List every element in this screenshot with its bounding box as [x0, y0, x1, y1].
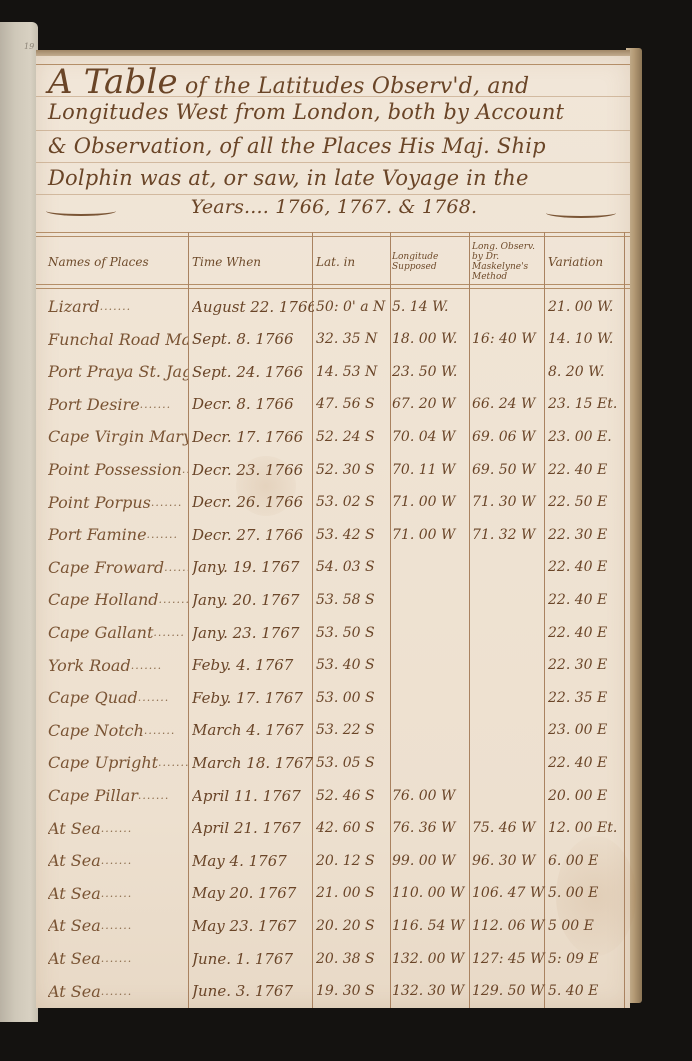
page-title: A Table of the Latitudes Observ'd, and L…: [36, 56, 630, 231]
place-name: Point Possession.......: [48, 453, 188, 486]
latitude-cell: 53. 00 S: [316, 681, 390, 714]
table-row: York Road....... Feby. 4. 1767 53. 40 S …: [36, 649, 630, 682]
longitude-supposed-cell: 67. 20 W: [392, 388, 470, 421]
longitude-observed-cell: [472, 551, 546, 584]
latitude-cell: 21. 00 S: [316, 877, 390, 910]
table-row: Lizard....... August 22. 1766 50: 0' a N…: [36, 290, 630, 323]
table-row: Cape Froward....... Jany. 19. 1767 54. 0…: [36, 551, 630, 584]
date-cell: April 11. 1767: [192, 779, 314, 812]
date-cell: June. 3. 1767: [192, 975, 314, 1008]
date-cell: Feby. 4. 1767: [192, 649, 314, 682]
date-cell: March 18. 1767: [192, 746, 314, 779]
latitude-cell: 20. 20 S: [316, 909, 390, 942]
longitude-observed-cell: 106. 47 W: [472, 877, 546, 910]
longitude-supposed-cell: 70. 04 W: [392, 420, 470, 453]
date-cell: Decr. 26. 1766: [192, 486, 314, 519]
variation-cell: 12. 00 Et.: [548, 812, 628, 845]
date-cell: Jany. 23. 1767: [192, 616, 314, 649]
column-header-latitude: Lat. in: [316, 238, 390, 286]
date-cell: June. 1. 1767: [192, 942, 314, 975]
place-name: Port Desire.......: [48, 388, 188, 421]
longitude-observed-cell: 66. 24 W: [472, 388, 546, 421]
column-header-time: Time When: [192, 238, 314, 286]
table-row: Port Famine....... Decr. 27. 1766 53. 42…: [36, 518, 630, 551]
table-row: Cape Virgin Mary....... Decr. 17. 1766 5…: [36, 420, 630, 453]
latitude-cell: 53. 42 S: [316, 518, 390, 551]
place-name: Cape Holland.......: [48, 583, 188, 616]
date-cell: May 4. 1767: [192, 844, 314, 877]
table-row: Cape Holland....... Jany. 20. 1767 53. 5…: [36, 583, 630, 616]
longitude-observed-cell: [472, 681, 546, 714]
place-name: Cape Froward.......: [48, 551, 188, 584]
title-line-1: A Table of the Latitudes Observ'd, and: [48, 62, 620, 102]
variation-cell: 22. 40 E: [548, 551, 628, 584]
latitude-cell: 52. 46 S: [316, 779, 390, 812]
longitude-observed-cell: [472, 714, 546, 747]
table-row: At Sea....... May 20. 1767 21. 00 S 110.…: [36, 877, 630, 910]
title-line-2: Longitudes West from London, both by Acc…: [48, 100, 620, 124]
date-cell: Decr. 8. 1766: [192, 388, 314, 421]
column-header-longitude-supposed: Longitude Supposed: [392, 238, 470, 286]
longitude-supposed-cell: [392, 551, 470, 584]
longitude-supposed-cell: 110. 00 W: [392, 877, 470, 910]
longitude-supposed-cell: 76. 00 W: [392, 779, 470, 812]
latitude-cell: 42. 60 S: [316, 812, 390, 845]
place-name: At Sea.......: [48, 909, 188, 942]
longitude-observed-cell: 96. 30 W: [472, 844, 546, 877]
longitude-observed-cell: 69. 06 W: [472, 420, 546, 453]
date-cell: April 21. 1767: [192, 812, 314, 845]
longitude-observed-cell: 69. 50 W: [472, 453, 546, 486]
table-row: At Sea....... May 4. 1767 20. 12 S 99. 0…: [36, 844, 630, 877]
column-header-longitude-observed: Long. Observ. by Dr. Maskelyne's Method: [472, 238, 546, 286]
longitude-supposed-cell: 5. 14 W.: [392, 290, 470, 323]
longitude-supposed-cell: [392, 714, 470, 747]
place-name: Cape Quad.......: [48, 681, 188, 714]
latitude-cell: 53. 58 S: [316, 583, 390, 616]
place-name: At Sea.......: [48, 877, 188, 910]
longitude-observed-cell: [472, 746, 546, 779]
longitude-supposed-cell: 132. 00 W: [392, 942, 470, 975]
table-row: Funchal Road Madeira....... Sept. 8. 176…: [36, 323, 630, 356]
variation-cell: 5. 00 E: [548, 877, 628, 910]
table-row: At Sea....... June. 3. 1767 19. 30 S 132…: [36, 975, 630, 1008]
latitude-cell: 19. 30 S: [316, 975, 390, 1008]
place-name: Funchal Road Madeira.......: [48, 323, 188, 356]
longitude-observed-cell: 71. 30 W: [472, 486, 546, 519]
longitude-supposed-cell: 76. 36 W: [392, 812, 470, 845]
variation-cell: 23. 00 E: [548, 714, 628, 747]
latitude-cell: 52. 24 S: [316, 420, 390, 453]
table-row: Point Porpus....... Decr. 26. 1766 53. 0…: [36, 486, 630, 519]
longitude-observed-cell: [472, 616, 546, 649]
variation-cell: 22. 40 E: [548, 746, 628, 779]
date-cell: May 20. 1767: [192, 877, 314, 910]
latitude-cell: 53. 02 S: [316, 486, 390, 519]
place-name: Cape Virgin Mary.......: [48, 420, 188, 453]
table-row: Cape Quad....... Feby. 17. 1767 53. 00 S…: [36, 681, 630, 714]
table-row: Cape Pillar....... April 11. 1767 52. 46…: [36, 779, 630, 812]
place-name: At Sea.......: [48, 812, 188, 845]
table-row: At Sea....... April 21. 1767 42. 60 S 76…: [36, 812, 630, 845]
longitude-observed-cell: [472, 779, 546, 812]
longitude-observed-cell: [472, 290, 546, 323]
longitude-supposed-cell: 71. 00 W: [392, 486, 470, 519]
place-name: Cape Pillar.......: [48, 779, 188, 812]
folio-number: 19: [24, 42, 34, 51]
latitude-cell: 14. 53 N: [316, 355, 390, 388]
place-name: At Sea.......: [48, 844, 188, 877]
latitude-cell: 54. 03 S: [316, 551, 390, 584]
date-cell: Decr. 23. 1766: [192, 453, 314, 486]
title-line-4: Dolphin was at, or saw, in late Voyage i…: [48, 166, 620, 190]
column-header-names: Names of Places: [48, 238, 188, 286]
place-name: York Road.......: [48, 649, 188, 682]
place-name: Cape Upright.......: [48, 746, 188, 779]
place-name: Port Famine.......: [48, 518, 188, 551]
latitude-cell: 50: 0' a N: [316, 290, 390, 323]
variation-cell: 5 00 E: [548, 909, 628, 942]
longitude-supposed-cell: 23. 50 W.: [392, 355, 470, 388]
table-row: At Sea....... June. 1. 1767 20. 38 S 132…: [36, 942, 630, 975]
longitude-supposed-cell: [392, 746, 470, 779]
longitude-supposed-cell: 18. 00 W.: [392, 323, 470, 356]
flourish-right-icon: [546, 208, 616, 218]
longitude-supposed-cell: 132. 30 W: [392, 975, 470, 1008]
variation-cell: 14. 10 W.: [548, 323, 628, 356]
longitude-supposed-cell: [392, 583, 470, 616]
longitude-supposed-cell: 99. 00 W: [392, 844, 470, 877]
place-name: Point Porpus.......: [48, 486, 188, 519]
place-name: Port Praya St. Jago.......: [48, 355, 188, 388]
title-text: of the Latitudes Observ'd, and: [185, 74, 529, 99]
variation-cell: 8. 20 W.: [548, 355, 628, 388]
title-heading: A Table: [48, 62, 178, 102]
date-cell: Sept. 8. 1766: [192, 323, 314, 356]
longitude-supposed-cell: 116. 54 W: [392, 909, 470, 942]
latitude-cell: 20. 12 S: [316, 844, 390, 877]
longitude-supposed-cell: 70. 11 W: [392, 453, 470, 486]
longitude-supposed-cell: [392, 681, 470, 714]
longitude-observed-cell: [472, 583, 546, 616]
variation-cell: 6. 00 E: [548, 844, 628, 877]
date-cell: May 23. 1767: [192, 909, 314, 942]
variation-cell: 23. 15 Et.: [548, 388, 628, 421]
latitude-cell: 20. 38 S: [316, 942, 390, 975]
flourish-left-icon: [46, 206, 116, 216]
variation-cell: 22. 35 E: [548, 681, 628, 714]
longitude-supposed-cell: [392, 616, 470, 649]
latitude-cell: 53. 22 S: [316, 714, 390, 747]
variation-cell: 22. 50 E: [548, 486, 628, 519]
table-row: Point Possession....... Decr. 23. 1766 5…: [36, 453, 630, 486]
title-line-5: Years.... 1766, 1767. & 1768.: [48, 196, 620, 218]
variation-cell: 22. 30 E: [548, 518, 628, 551]
date-cell: Decr. 17. 1766: [192, 420, 314, 453]
longitude-observed-cell: 16: 40 W: [472, 323, 546, 356]
place-name: At Sea.......: [48, 975, 188, 1008]
variation-cell: 22. 40 E: [548, 453, 628, 486]
variation-cell: 22. 40 E: [548, 616, 628, 649]
column-header-variation: Variation: [548, 238, 628, 286]
place-name: Lizard.......: [48, 290, 188, 323]
longitude-observed-cell: 129. 50 W: [472, 975, 546, 1008]
table-row: Cape Gallant....... Jany. 23. 1767 53. 5…: [36, 616, 630, 649]
table-row: Cape Notch....... March 4. 1767 53. 22 S…: [36, 714, 630, 747]
variation-cell: 20. 00 E: [548, 779, 628, 812]
variation-cell: 22. 30 E: [548, 649, 628, 682]
table-row: Cape Upright....... March 18. 1767 53. 0…: [36, 746, 630, 779]
longitude-observed-cell: 127: 45 W: [472, 942, 546, 975]
longitude-supposed-cell: [392, 649, 470, 682]
date-cell: Feby. 17. 1767: [192, 681, 314, 714]
latitude-cell: 52. 30 S: [316, 453, 390, 486]
place-name: Cape Notch.......: [48, 714, 188, 747]
table-row: Port Praya St. Jago....... Sept. 24. 176…: [36, 355, 630, 388]
facing-page-edge: 19: [0, 22, 38, 1022]
table-header: Names of Places Time When Lat. in Longit…: [36, 232, 630, 288]
date-cell: Jany. 19. 1767: [192, 551, 314, 584]
latitude-cell: 53. 40 S: [316, 649, 390, 682]
longitude-observed-cell: [472, 649, 546, 682]
date-cell: March 4. 1767: [192, 714, 314, 747]
variation-cell: 5: 09 E: [548, 942, 628, 975]
variation-cell: 5. 40 E: [548, 975, 628, 1008]
latitude-cell: 47. 56 S: [316, 388, 390, 421]
place-name: At Sea.......: [48, 942, 188, 975]
table-row: At Sea....... May 23. 1767 20. 20 S 116.…: [36, 909, 630, 942]
date-cell: Sept. 24. 1766: [192, 355, 314, 388]
manuscript-page: A Table of the Latitudes Observ'd, and L…: [36, 56, 630, 1008]
variation-cell: 23. 00 E.: [548, 420, 628, 453]
longitude-observed-cell: 112. 06 W: [472, 909, 546, 942]
place-name: Cape Gallant.......: [48, 616, 188, 649]
date-cell: August 22. 1766: [192, 290, 314, 323]
latitude-cell: 53. 05 S: [316, 746, 390, 779]
longitude-observed-cell: 75. 46 W: [472, 812, 546, 845]
header-bottom-rule: [36, 288, 630, 289]
table-row: Port Desire....... Decr. 8. 1766 47. 56 …: [36, 388, 630, 421]
longitude-supposed-cell: 71. 00 W: [392, 518, 470, 551]
latitude-cell: 53. 50 S: [316, 616, 390, 649]
variation-cell: 21. 00 W.: [548, 290, 628, 323]
title-line-3: & Observation, of all the Places His Maj…: [48, 134, 620, 158]
longitude-observed-cell: [472, 355, 546, 388]
date-cell: Jany. 20. 1767: [192, 583, 314, 616]
variation-cell: 22. 40 E: [548, 583, 628, 616]
longitude-observed-cell: 71. 32 W: [472, 518, 546, 551]
latitude-cell: 32. 35 N: [316, 323, 390, 356]
date-cell: Decr. 27. 1766: [192, 518, 314, 551]
